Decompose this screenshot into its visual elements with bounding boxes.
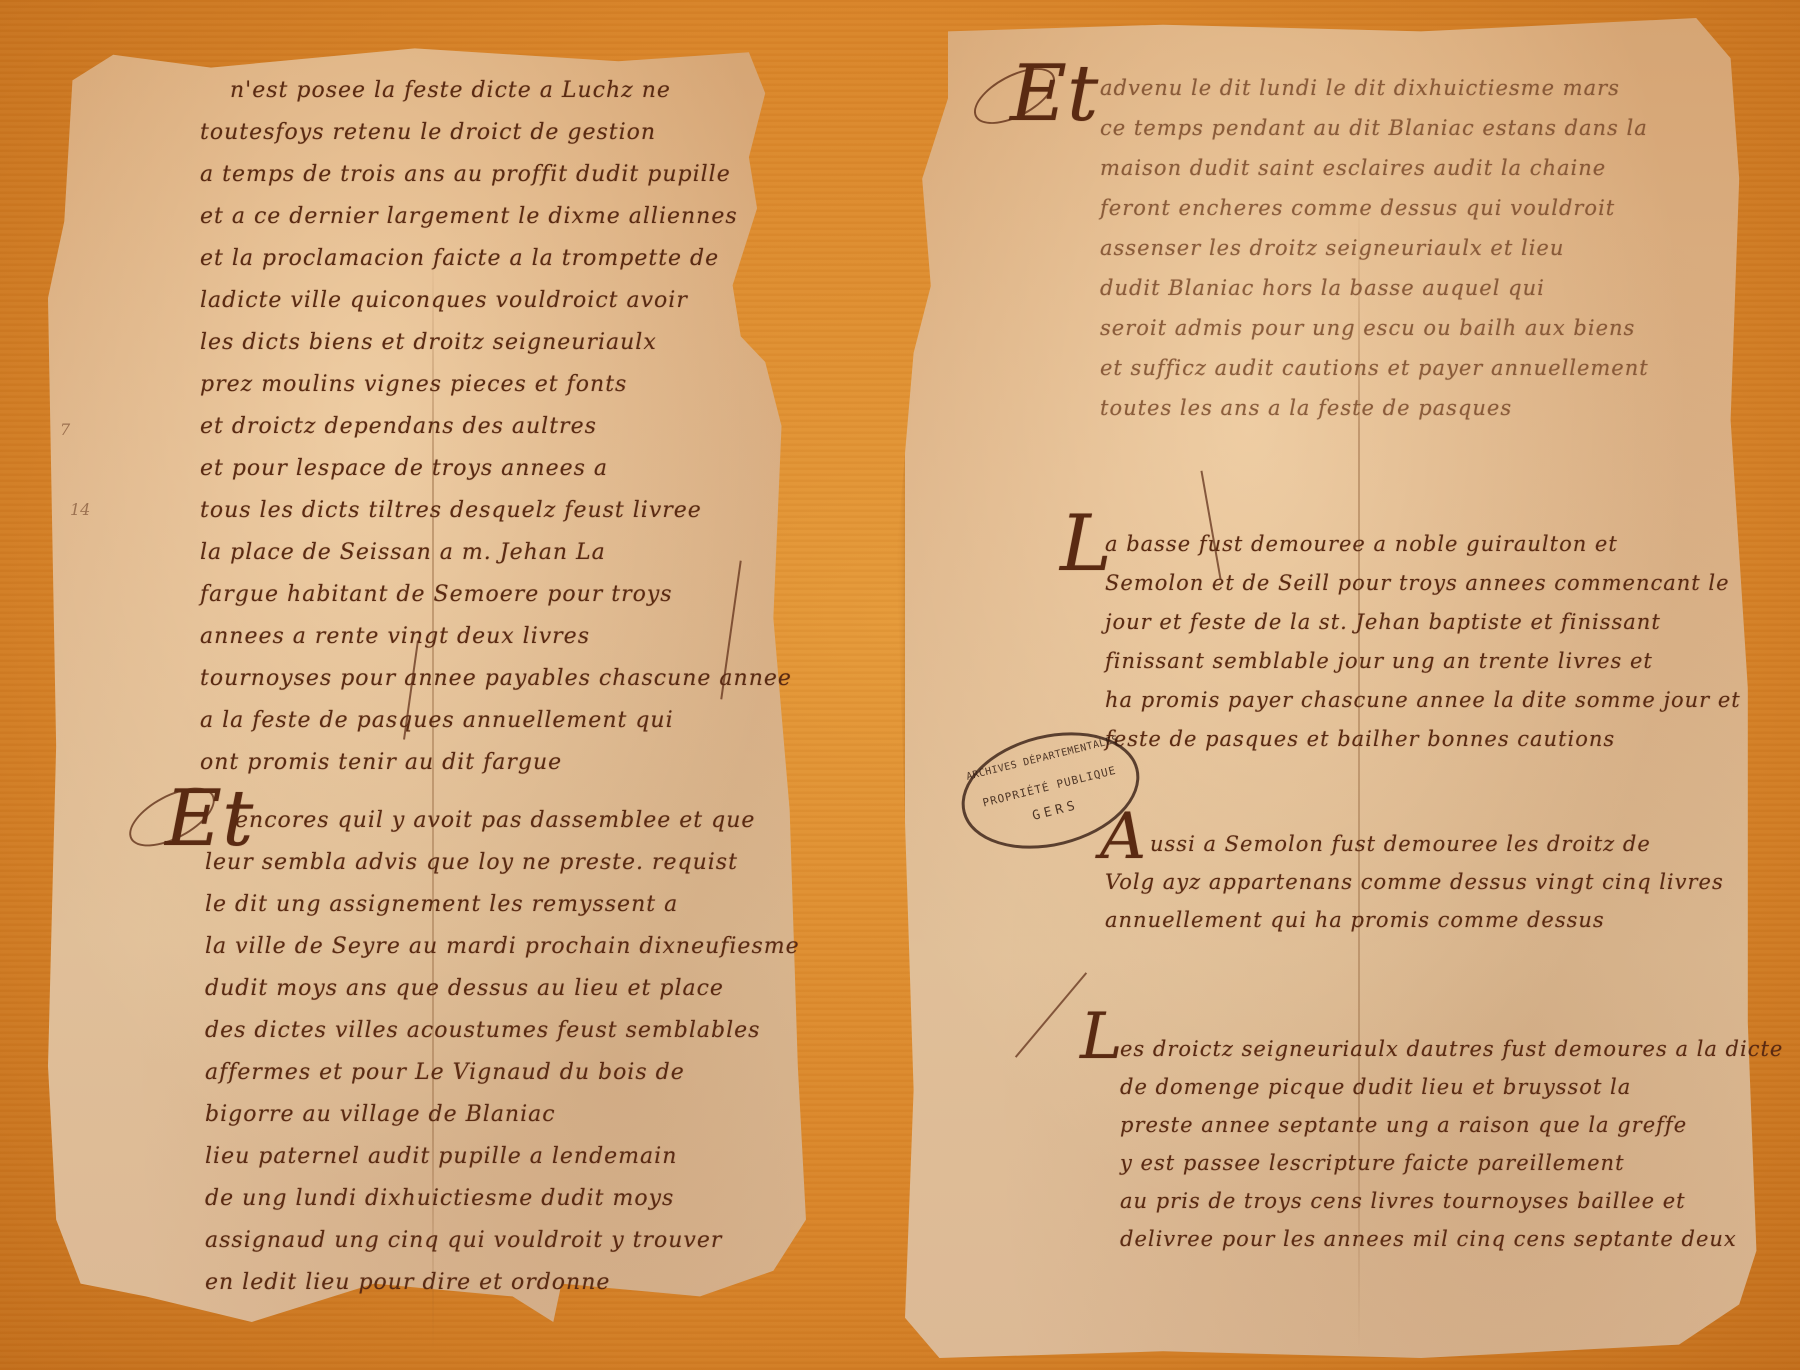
manuscript-line: n'est posee la feste dicte a Luchz ne	[200, 70, 792, 112]
manuscript-line: prez moulins vignes pieces et fonts	[200, 364, 792, 406]
manuscript-line: Volg ayz appartenans comme dessus vingt …	[1105, 863, 1724, 901]
manuscript-line: a la feste de pasques annuellement qui	[200, 700, 792, 742]
manuscript-line: assenser les droitz seigneuriaulx et lie…	[1100, 228, 1649, 268]
manuscript-line: tous les dicts tiltres desquelz feust li…	[200, 490, 792, 532]
manuscript-line: lieu paternel audit pupille a lendemain	[205, 1136, 800, 1178]
manuscript-line: feront encheres comme dessus qui vouldro…	[1100, 188, 1649, 228]
manuscript-line: et droictz dependans des aultres	[200, 406, 792, 448]
manuscript-line: annuellement qui ha promis comme dessus	[1105, 901, 1724, 939]
manuscript-line: et sufficz audit cautions et payer annue…	[1100, 348, 1649, 388]
manuscript-line: ussi a Semolon fust demouree les droitz …	[1150, 825, 1724, 863]
manuscript-line: y est passee lescripture faicte pareille…	[1120, 1144, 1783, 1182]
manuscript-line: de domenge picque dudit lieu et bruyssot…	[1120, 1068, 1783, 1106]
manuscript-line: la ville de Seyre au mardi prochain dixn…	[205, 926, 800, 968]
manuscript-line: ont promis tenir au dit fargue	[200, 742, 792, 784]
manuscript-line: fargue habitant de Semoere pour troys	[200, 574, 792, 616]
manuscript-line: dudit Blaniac hors la basse auquel qui	[1100, 268, 1649, 308]
manuscript-line: affermes et pour Le Vignaud du bois de	[205, 1052, 800, 1094]
manuscript-line: et la proclamacion faicte a la trompette…	[200, 238, 792, 280]
manuscript-line: toutes les ans a la feste de pasques	[1100, 388, 1649, 428]
manuscript-line: es droictz seigneuriaulx dautres fust de…	[1120, 1030, 1783, 1068]
manuscript-line: bigorre au village de Blaniac	[205, 1094, 800, 1136]
manuscript-line: Semolon et de Seill pour troys annees co…	[1105, 564, 1741, 603]
manuscript-line: ladicte ville quiconques vouldroict avoi…	[200, 280, 792, 322]
left-page-paragraph-2: encores quil y avoit pas dassemblee et q…	[205, 800, 800, 1304]
manuscript-line: a temps de trois ans au proffit dudit pu…	[200, 154, 792, 196]
illuminated-capital: L	[1080, 1005, 1123, 1069]
illuminated-capital: A	[1100, 805, 1146, 869]
manuscript-line: leur sembla advis que loy ne preste. req…	[205, 842, 800, 884]
manuscript-line: et a ce dernier largement le dixme allie…	[200, 196, 792, 238]
manuscript-line: a basse fust demouree a noble guiraulton…	[1105, 525, 1741, 564]
manuscript-line: ce temps pendant au dit Blaniac estans d…	[1100, 108, 1649, 148]
manuscript-line: assignaud ung cinq qui vouldroit y trouv…	[205, 1220, 800, 1262]
manuscript-line: de ung lundi dixhuictiesme dudit moys	[205, 1178, 800, 1220]
manuscript-line: jour et feste de la st. Jehan baptiste e…	[1105, 603, 1741, 642]
manuscript-line: encores quil y avoit pas dassemblee et q…	[205, 800, 800, 842]
manuscript-line: delivree pour les annees mil cinq cens s…	[1120, 1220, 1783, 1258]
illuminated-capital: Et	[1010, 55, 1098, 133]
left-margin-mark: 7	[60, 420, 70, 439]
manuscript-line: la place de Seissan a m. Jehan La	[200, 532, 792, 574]
manuscript-line: seroit admis pour ung escu ou bailh aux …	[1100, 308, 1649, 348]
manuscript-line: advenu le dit lundi le dit dixhuictiesme…	[1100, 68, 1649, 108]
manuscript-line: finissant semblable jour ung an trente l…	[1105, 642, 1741, 681]
manuscript-line: les dicts biens et droitz seigneuriaulx	[200, 322, 792, 364]
manuscript-line: annees a rente vingt deux livres	[200, 616, 792, 658]
manuscript-line: en ledit lieu pour dire et ordonne	[205, 1262, 800, 1304]
right-page-paragraph-2: a basse fust demouree a noble guiraulton…	[1105, 525, 1741, 759]
manuscript-line: ha promis payer chascune annee la dite s…	[1105, 681, 1741, 720]
manuscript-line: au pris de troys cens livres tournoyses …	[1120, 1182, 1783, 1220]
manuscript-line: toutesfoys retenu le droict de gestion	[200, 112, 792, 154]
manuscript-line: dudit moys ans que dessus au lieu et pla…	[205, 968, 800, 1010]
left-page-paragraph-1: n'est posee la feste dicte a Luchz ne to…	[200, 70, 792, 784]
left-margin-mark: 14	[70, 500, 90, 519]
manuscript-line: maison dudit saint esclaires audit la ch…	[1100, 148, 1649, 188]
manuscript-line: preste annee septante ung a raison que l…	[1120, 1106, 1783, 1144]
right-page-paragraph-4: es droictz seigneuriaulx dautres fust de…	[1120, 1030, 1783, 1258]
manuscript-line: et pour lespace de troys annees a	[200, 448, 792, 490]
right-page-paragraph-1: advenu le dit lundi le dit dixhuictiesme…	[1100, 68, 1649, 428]
right-page-paragraph-3: ussi a Semolon fust demouree les droitz …	[1150, 825, 1724, 939]
manuscript-line: tournoyses pour annee payables chascune …	[200, 658, 792, 700]
manuscript-line: des dictes villes acoustumes feust sembl…	[205, 1010, 800, 1052]
manuscript-line: feste de pasques et bailher bonnes cauti…	[1105, 720, 1741, 759]
manuscript-line: le dit ung assignement les remyssent a	[205, 884, 800, 926]
